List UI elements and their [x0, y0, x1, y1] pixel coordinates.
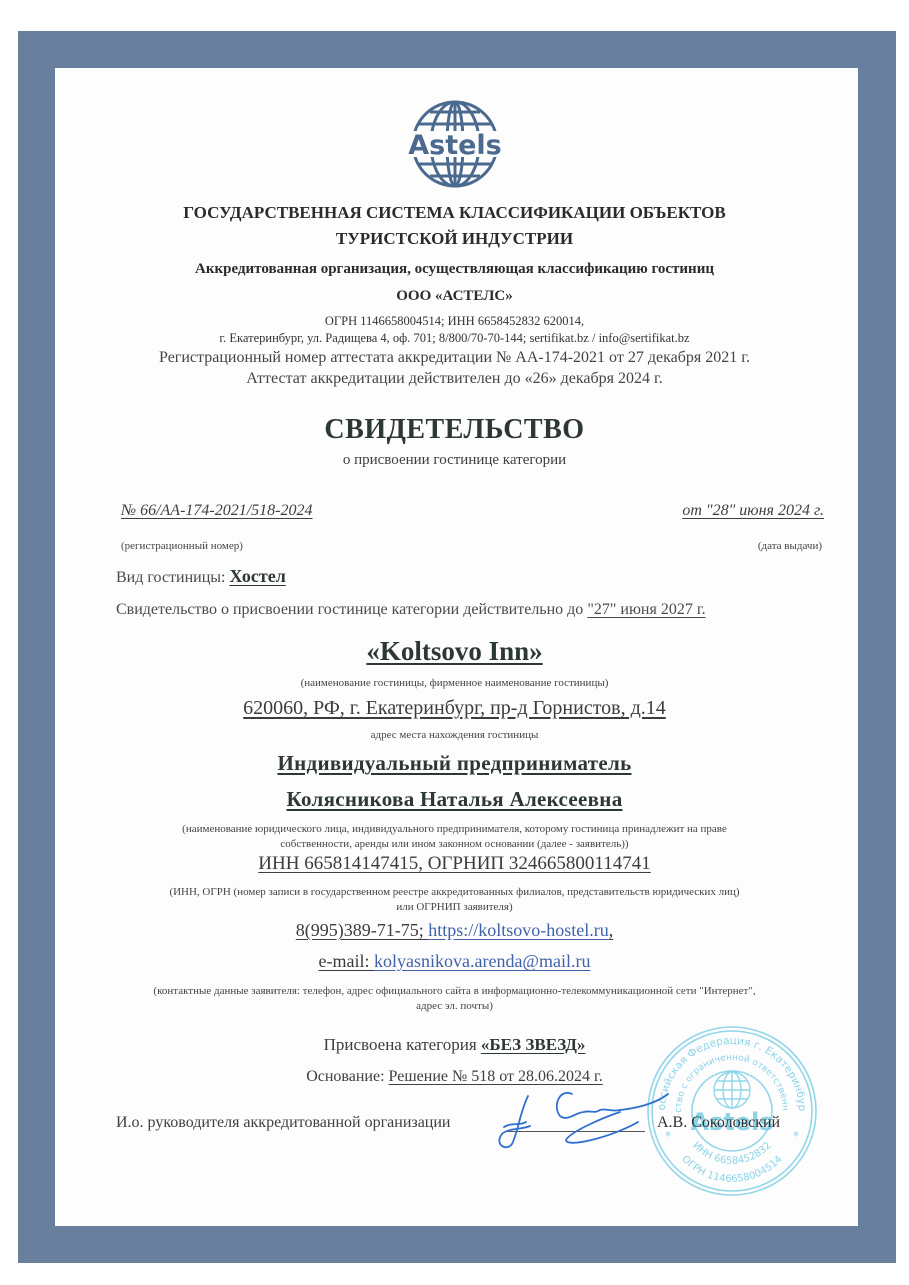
phone: 8(995)389-71-75;: [296, 920, 428, 940]
logo-text: Astels: [408, 130, 502, 161]
signature: [490, 1082, 670, 1152]
owner-inn-ogrnip: ИНН 665814147415, ОГРНИП 324665800114741: [258, 853, 650, 874]
hotel-kind-label: Вид гостиницы:: [116, 569, 229, 586]
contacts-caption-line1: (контактные данные заявителя: телефон, а…: [0, 985, 909, 997]
contacts-phone-website: 8(995)389-71-75; https://koltsovo-hostel…: [0, 920, 909, 941]
organization-name: ООО «АСТЕЛС»: [0, 288, 909, 305]
issue-date: от "28" июня 2024 г.: [682, 502, 824, 520]
svg-text:ИНН 6658452832: ИНН 6658452832: [690, 1140, 773, 1167]
hotel-address-caption: адрес места нахождения гостиницы: [0, 729, 909, 741]
hotel-kind-value: Хостел: [229, 566, 285, 586]
owner-caption-line1: (наименование юридического лица, индивид…: [0, 823, 909, 835]
owner-name: Колясникова Наталья Алексеевна: [286, 787, 622, 811]
validity-date: "27" июня 2027 г.: [587, 601, 705, 618]
hotel-kind: Вид гостиницы: Хостел: [116, 566, 286, 587]
org-details-line1: ОГРН 1146658004514; ИНН 6658452832 62001…: [0, 314, 909, 329]
inn-caption-line1: (ИНН, ОГРН (номер записи в государственн…: [0, 886, 909, 898]
accredited-organization-line: Аккредитованная организация, осуществляю…: [0, 261, 909, 278]
owner-type: Индивидуальный предприниматель: [277, 751, 631, 775]
signer-name: А.В. Соколовский: [657, 1114, 780, 1132]
inn-caption-line2: или ОГРНИП заявителя): [0, 901, 909, 913]
hotel-name-caption: (наименование гостиницы, фирменное наиме…: [0, 677, 909, 689]
accreditation-validity: Аттестат аккредитации действителен до «2…: [0, 370, 909, 388]
org-details-line2: г. Екатеринбург, ул. Радищева 4, оф. 701…: [0, 331, 909, 346]
hotel-name: «Koltsovo Inn»: [366, 636, 542, 666]
owner-caption-line2: собственности, аренды или ином законном …: [0, 838, 909, 850]
certificate-title: СВИДЕТЕЛЬСТВО: [0, 414, 909, 446]
registration-number-caption: (регистрационный номер): [121, 540, 243, 552]
svg-text:*: *: [793, 1129, 799, 1143]
hotel-address: 620060, РФ, г. Екатеринбург, пр-д Горнис…: [243, 697, 666, 719]
registration-number: № 66/АА-174-2021/518-2024: [121, 502, 313, 520]
astels-logo: Astels: [398, 98, 512, 190]
state-system-title: ГОСУДАРСТВЕННАЯ СИСТЕМА КЛАССИФИКАЦИИ ОБ…: [0, 200, 909, 252]
certificate-subtitle: о присвоении гостинице категории: [0, 452, 909, 469]
website-link[interactable]: https://koltsovo-hostel.ru: [428, 920, 609, 940]
certificate-validity: Свидетельство о присвоении гостинице кат…: [116, 601, 706, 619]
accreditation-registration: Регистрационный номер аттестата аккредит…: [0, 349, 909, 367]
contacts-caption-line2: адрес эл. почты): [0, 1000, 909, 1012]
validity-label: Свидетельство о присвоении гостинице кат…: [116, 601, 587, 618]
head-title: И.о. руководителя аккредитованной органи…: [116, 1114, 450, 1132]
email-link[interactable]: kolyasnikova.arenda@mail.ru: [374, 951, 591, 971]
email-label: e-mail:: [319, 951, 374, 971]
globe-icon: [714, 1072, 750, 1108]
category-value: «БЕЗ ЗВЕЗД»: [481, 1035, 586, 1054]
contacts-email: e-mail: kolyasnikova.arenda@mail.ru: [0, 951, 909, 972]
issue-date-caption: (дата выдачи): [758, 540, 822, 552]
